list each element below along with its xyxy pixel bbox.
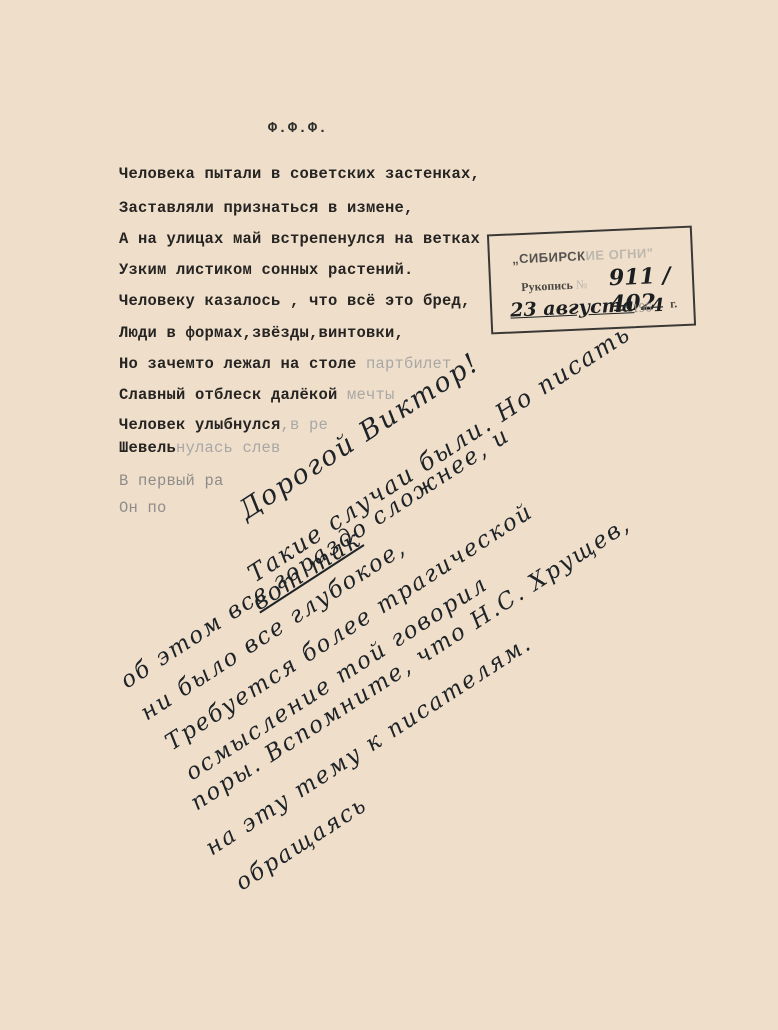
handwritten-line: вот так [247,525,366,616]
stamp-label-text: Рукопись [521,278,573,294]
poem-line: Славный отблеск далёкой мечты [119,386,395,404]
poem-line-faded-text: В первый ра [119,472,224,490]
stamp-title-faded: ИЕ ОГНИ" [585,245,654,263]
poem-line-text: Человек улыбнулся [119,416,281,434]
poem-line-text: Славный отблеск далёкой [119,386,347,404]
poem-line-faded-text: партбилет [366,355,452,373]
handwritten-line: Требуется более трагической [161,498,538,756]
poem-line: Человек улыбнулся,в ре [119,416,328,434]
poem-line: Человеку казалось , что всё это бред, [119,292,471,310]
handwritten-line: ни было все глубокое, [136,535,411,726]
document-heading: Ф.Ф.Ф. [268,120,328,137]
poem-line-faded-text: мечты [347,386,395,404]
poem-line: Шевельнулась слев [119,439,281,457]
poem-line: А на улицах май встрепенулся на ветках [119,230,480,248]
poem-line-text: А на улицах май встрепенулся на ветках [119,230,480,248]
poem-line: В первый ра [119,472,224,490]
poem-line-text: Люди в формах,звёзды,винтовки, [119,324,404,342]
poem-line-faded-text: нулась слев [176,439,281,457]
stamp-date: 23 августа [510,294,635,321]
poem-line: Но зачемто лежал на столе партбилет [119,355,452,373]
poem-line-text: Человека пытали в советских застенках, [119,165,480,183]
stamp-number-sign: № [575,277,587,291]
stamp-title-text: „СИБИРСК [512,248,586,266]
poem-line-text: Заставляли признаться в измене, [119,199,414,217]
handwritten-note: Дорогой Виктор! Такие случаи были. Но пи… [0,0,778,1030]
underlined-phrase: вот так [247,525,366,616]
stamp-year-unit: г. [670,296,678,311]
poem-line-text: Шевель [119,439,176,457]
poem-line: Человека пытали в советских застенках, [119,165,480,183]
poem-line: Узким листиком сонных растений. [119,261,414,279]
poem-line-faded-text: Он по [119,499,167,517]
poem-line: Он по [119,499,167,517]
poem-line-text: Узким листиком сонных растений. [119,261,414,279]
stamp-year-suffix: 4 [651,295,664,317]
document-page: Ф.Ф.Ф. Человека пытали в советских засте… [0,0,778,1030]
poem-line-faded-text: ,в ре [281,416,329,434]
poem-line: Заставляли признаться в измене, [119,199,414,217]
handwritten-line: поры. Вспомните, что Н.С. Хрущев, [186,512,635,816]
stamp-manuscript-label: Рукопись № [521,277,588,295]
handwritten-line: на эту тему к писателям. [201,630,537,861]
stamp-year: 1964 [632,295,665,317]
poem-line-text: Но зачемто лежал на столе [119,355,366,373]
handwritten-line: Дорогой Виктор! [233,347,486,526]
handwritten-line: об этом все гораздо сложнее, и [116,422,515,694]
poem-line: Люди в формах,звёзды,винтовки, [119,324,404,342]
poem-line-text: Человеку казалось , что всё это бред, [119,292,471,310]
registration-stamp: „СИБИРСКИЕ ОГНИ" Рукопись № 911 / 402 23… [487,226,696,335]
stamp-year-prefix: 196 [632,299,652,315]
handwritten-line: обращаясь [231,792,372,896]
handwritten-line: осмысление той говорил [181,571,493,786]
